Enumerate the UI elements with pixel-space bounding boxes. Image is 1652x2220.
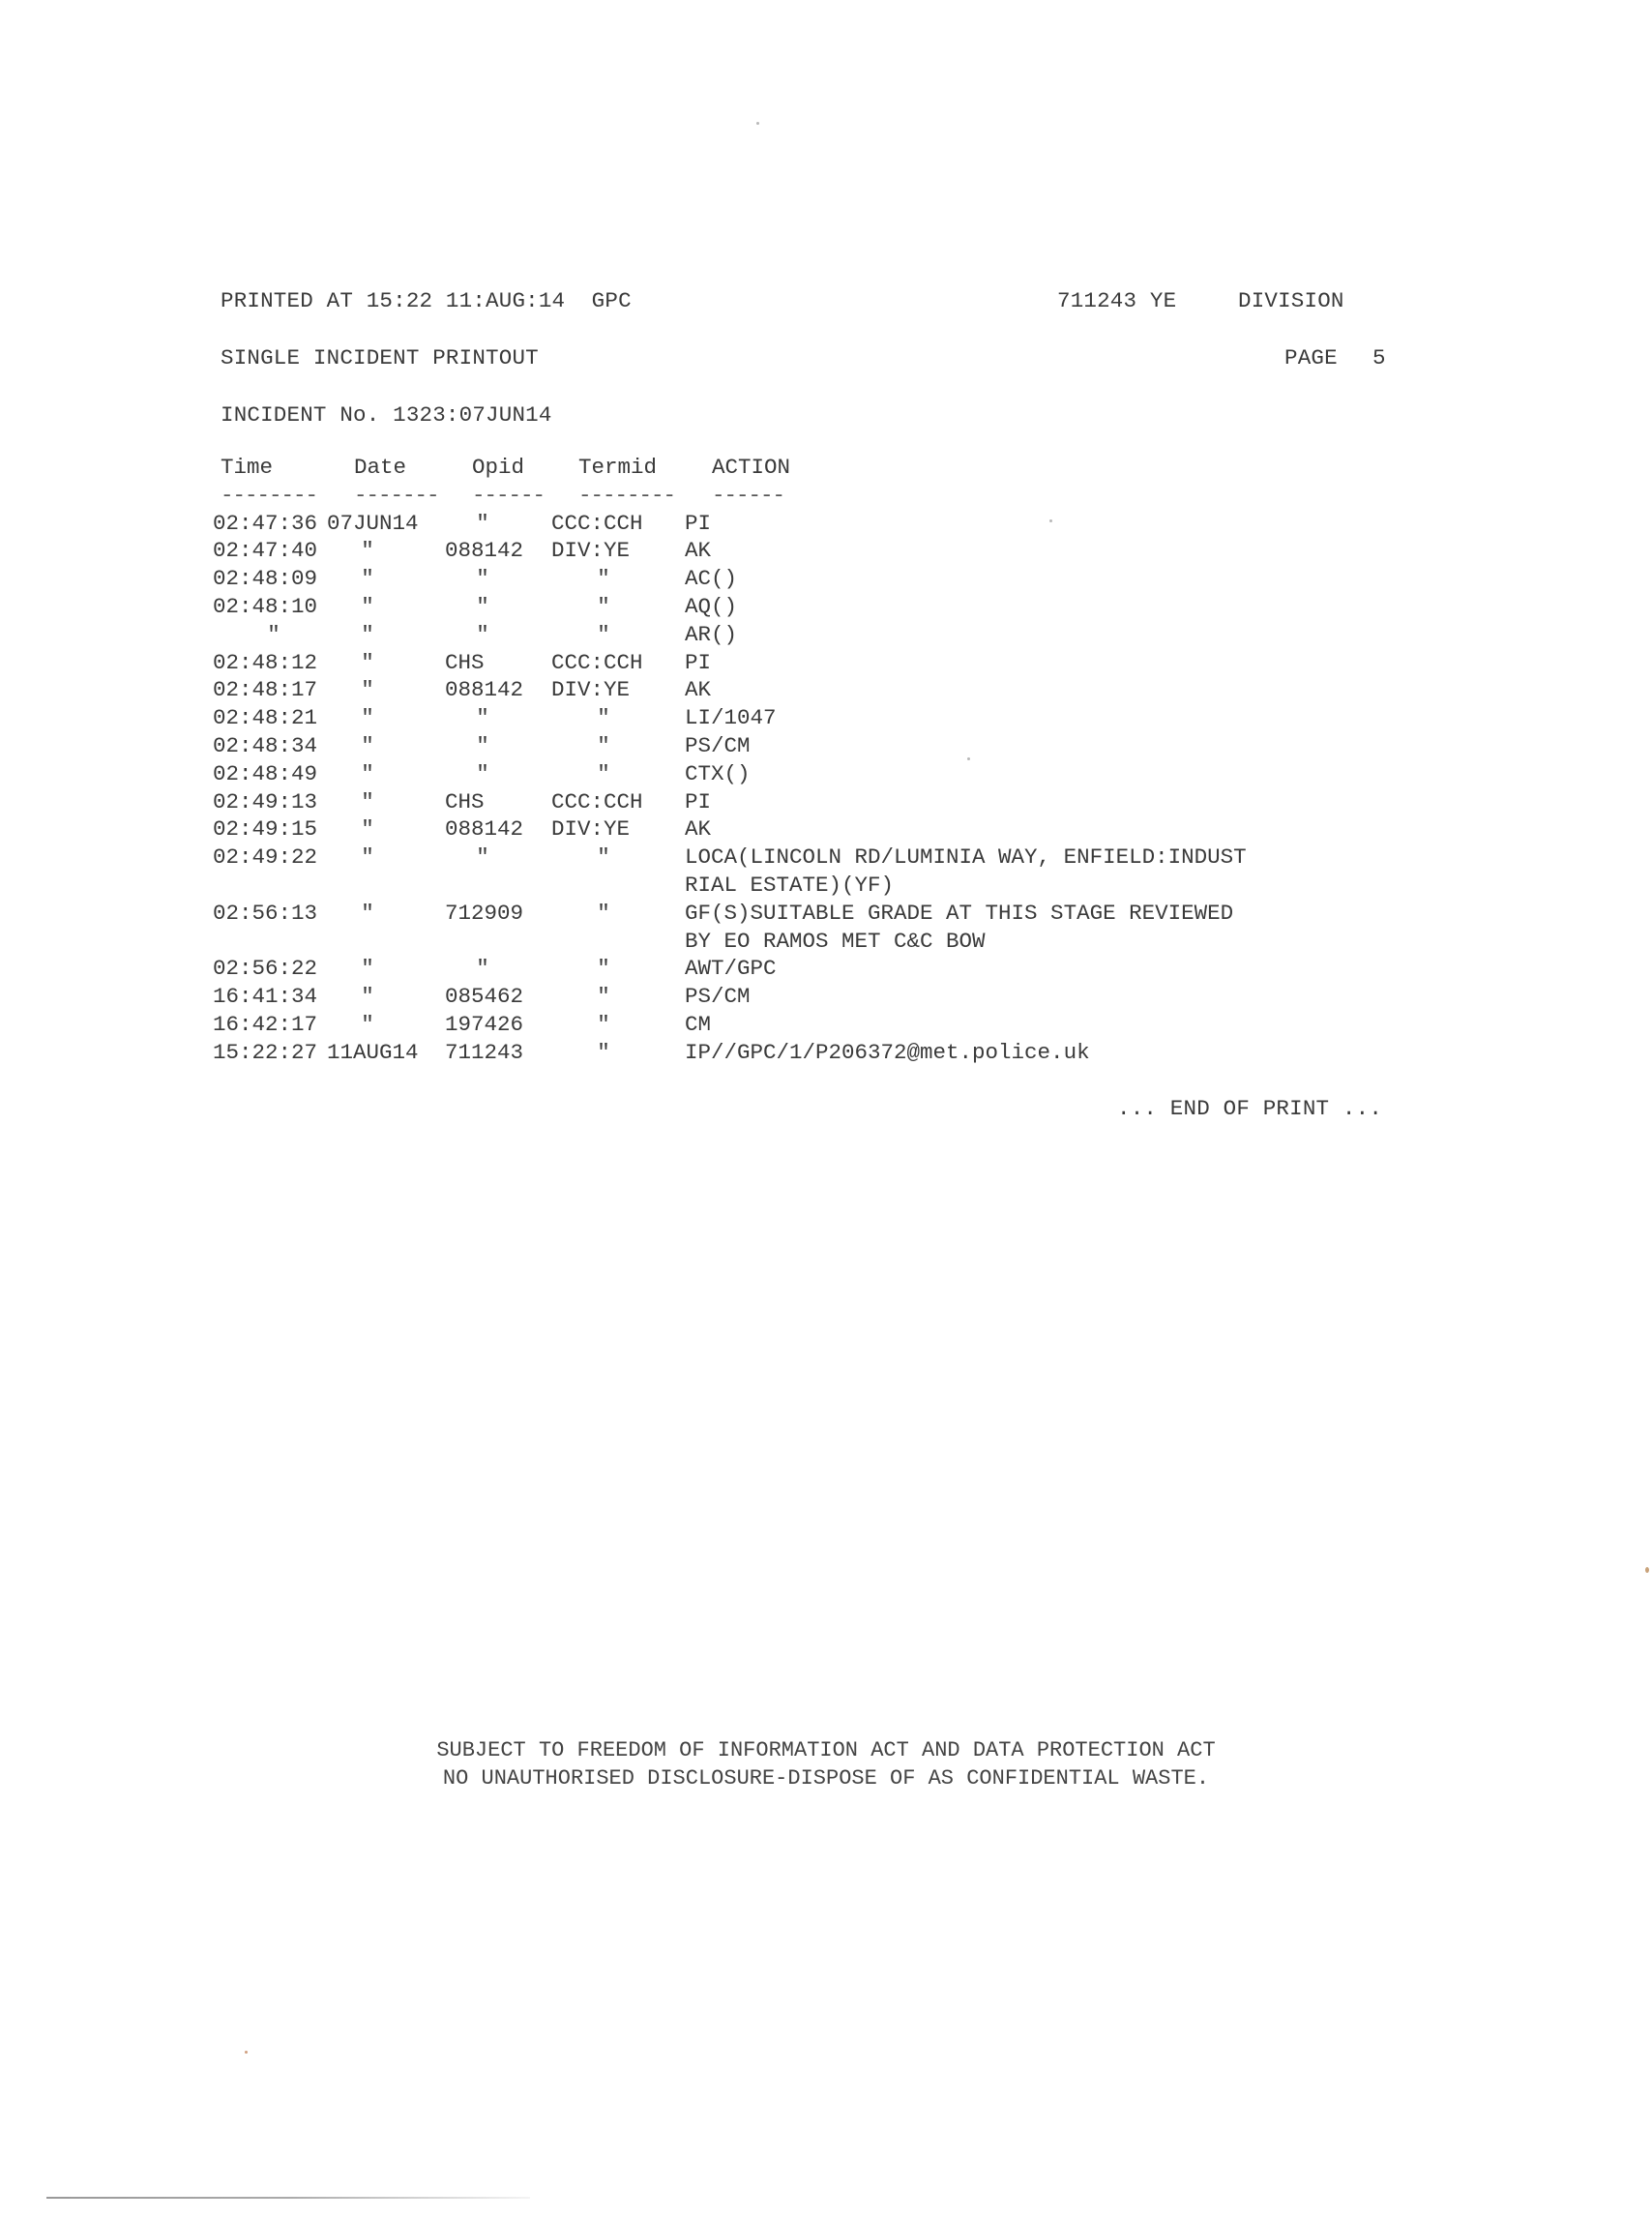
footer-notice-line1: SUBJECT TO FREEDOM OF INFORMATION ACT AN…	[0, 1738, 1652, 1762]
cell-action: PI	[685, 789, 711, 817]
table-row: 02:56:13"712909"GF(S)SUITABLE GRADE AT T…	[213, 901, 299, 957]
cell-opid: 712909	[445, 901, 523, 926]
cell-opid: 711243	[445, 1040, 523, 1065]
table-row: """"AR()	[213, 622, 299, 650]
page-number: 5	[1372, 345, 1386, 370]
cell-time: 16:42:17	[213, 1012, 317, 1037]
cell-time: 02:48:17	[213, 677, 317, 702]
cell-termid: CCC:CCH	[551, 650, 643, 675]
cell-action: LOCA(LINCOLN RD/LUMINIA WAY, ENFIELD:IND…	[685, 844, 1247, 901]
table-row: 15:22:2711AUG14711243"IP//GPC/1/P206372@…	[213, 1040, 299, 1068]
cell-opid: "	[437, 705, 528, 730]
division-code: 711243 YE	[1057, 288, 1176, 313]
cell-time: 02:47:40	[213, 538, 317, 563]
cell-opid: "	[437, 844, 528, 870]
cell-date: "	[315, 733, 420, 758]
cell-action: IP//GPC/1/P206372@met.police.uk	[685, 1040, 1090, 1068]
cell-date: "	[315, 705, 420, 730]
table-header: Time Date Opid Termid ACTION	[221, 455, 299, 483]
table-row: 02:49:13"CHSCCC:CCHPI	[213, 789, 299, 817]
incident-log-table: Time Date Opid Termid ACTION -------- --…	[213, 455, 299, 1068]
cell-action: AQ()	[685, 594, 737, 622]
cell-date: 07JUN14	[327, 511, 419, 536]
scan-speck	[245, 2051, 248, 2054]
incident-number: INCIDENT No. 1323:07JUN14	[221, 402, 552, 428]
cell-action: PS/CM	[685, 984, 751, 1012]
cell-termid: CCC:CCH	[551, 511, 643, 536]
table-row: 02:48:09"""AC()	[213, 566, 299, 594]
cell-termid: "	[544, 844, 664, 870]
cell-termid: "	[544, 1040, 664, 1065]
cell-time: 02:47:36	[213, 511, 317, 536]
cell-opid: 085462	[445, 984, 523, 1009]
cell-opid: "	[437, 566, 528, 591]
cell-time: 02:49:22	[213, 844, 317, 870]
cell-date: 11AUG14	[327, 1040, 419, 1065]
table-row: 16:42:17"197426"CM	[213, 1012, 299, 1040]
cell-termid: "	[544, 594, 664, 619]
cell-opid: "	[437, 956, 528, 981]
table-row: 02:48:12"CHSCCC:CCHPI	[213, 650, 299, 678]
cell-time: 16:41:34	[213, 984, 317, 1009]
cell-date: "	[315, 1012, 420, 1037]
cell-date: "	[315, 956, 420, 981]
table-separator: -------- ------- ------ -------- ------	[221, 483, 299, 511]
cell-termid: DIV:YE	[551, 538, 630, 563]
cell-opid: CHS	[445, 650, 485, 675]
cell-opid: "	[437, 733, 528, 758]
cell-date: "	[315, 650, 420, 675]
cell-date: "	[315, 594, 420, 619]
cell-action: AK	[685, 816, 711, 844]
table-row: 16:41:34"085462"PS/CM	[213, 984, 299, 1012]
footer-notice-line2: NO UNAUTHORISED DISCLOSURE-DISPOSE OF AS…	[0, 1766, 1652, 1791]
cell-termid: "	[544, 705, 664, 730]
cell-action: LI/1047	[685, 705, 777, 733]
cell-opid: "	[437, 511, 528, 536]
cell-date: "	[315, 901, 420, 926]
table-body: 02:47:3607JUN14"CCC:CCHPI02:47:40"088142…	[213, 511, 299, 1068]
cell-time: 15:22:27	[213, 1040, 317, 1065]
cell-time: 02:48:09	[213, 566, 317, 591]
page-label: PAGE	[1284, 345, 1338, 370]
printed-at: PRINTED AT 15:22 11:AUG:14 GPC	[221, 288, 632, 313]
cell-date: "	[315, 761, 420, 786]
document-title: SINGLE INCIDENT PRINTOUT	[221, 345, 539, 370]
cell-termid: "	[544, 622, 664, 647]
table-row: 02:47:40"088142DIV:YEAK	[213, 538, 299, 566]
cell-termid: "	[544, 984, 664, 1009]
col-header-date: Date	[354, 455, 406, 480]
cell-time: 02:48:10	[213, 594, 317, 619]
cell-date: "	[315, 816, 420, 842]
cell-opid: CHS	[445, 789, 485, 814]
cell-termid: "	[544, 566, 664, 591]
cell-action: PS/CM	[685, 733, 751, 761]
scan-speck	[967, 757, 970, 760]
cell-date: "	[315, 622, 420, 647]
cell-time: 02:49:13	[213, 789, 317, 814]
cell-action: AK	[685, 538, 711, 566]
col-header-action: ACTION	[712, 455, 790, 480]
cell-opid: 197426	[445, 1012, 523, 1037]
cell-time: 02:48:12	[213, 650, 317, 675]
cell-action: AK	[685, 677, 711, 705]
cell-time: 02:48:21	[213, 705, 317, 730]
cell-opid: 088142	[445, 538, 523, 563]
cell-action: CTX()	[685, 761, 751, 789]
cell-date: "	[315, 844, 420, 870]
cell-termid: "	[544, 901, 664, 926]
cell-opid: 088142	[445, 677, 523, 702]
table-row: 02:49:15"088142DIV:YEAK	[213, 816, 299, 844]
cell-date: "	[315, 789, 420, 814]
division-label: DIVISION	[1238, 288, 1344, 313]
cell-termid: DIV:YE	[551, 816, 630, 842]
cell-termid: "	[544, 761, 664, 786]
end-of-print: ... END OF PRINT ...	[1117, 1096, 1382, 1121]
cell-time: 02:56:22	[213, 956, 317, 981]
cell-date: "	[315, 538, 420, 563]
scan-speck	[756, 122, 759, 125]
cell-action: PI	[685, 511, 711, 539]
col-header-time: Time	[221, 455, 273, 480]
table-row: 02:47:3607JUN14"CCC:CCHPI	[213, 511, 299, 539]
cell-date: "	[315, 677, 420, 702]
cell-action: PI	[685, 650, 711, 678]
table-row: 02:48:49"""CTX()	[213, 761, 299, 789]
cell-time: 02:48:49	[213, 761, 317, 786]
cell-termid: "	[544, 956, 664, 981]
table-row: 02:48:17"088142DIV:YEAK	[213, 677, 299, 705]
table-row: 02:48:34"""PS/CM	[213, 733, 299, 761]
cell-action: AC()	[685, 566, 737, 594]
cell-time: 02:48:34	[213, 733, 317, 758]
cell-termid: CCC:CCH	[551, 789, 643, 814]
cell-opid: "	[437, 761, 528, 786]
cell-opid: "	[437, 622, 528, 647]
table-row: 02:56:22"""AWT/GPC	[213, 956, 299, 984]
cell-action: GF(S)SUITABLE GRADE AT THIS STAGE REVIEW…	[685, 901, 1233, 957]
cell-termid: DIV:YE	[551, 677, 630, 702]
cell-action: CM	[685, 1012, 711, 1040]
cell-action: AWT/GPC	[685, 956, 777, 984]
table-row: 02:48:10"""AQ()	[213, 594, 299, 622]
scan-speck	[1049, 519, 1052, 522]
cell-termid: "	[544, 733, 664, 758]
cell-opid: "	[437, 594, 528, 619]
table-row: 02:49:22"""LOCA(LINCOLN RD/LUMINIA WAY, …	[213, 844, 299, 901]
cell-action: AR()	[685, 622, 737, 650]
table-row: 02:48:21"""LI/1047	[213, 705, 299, 733]
col-header-termid: Termid	[578, 455, 657, 480]
cell-date: "	[315, 984, 420, 1009]
col-header-opid: Opid	[472, 455, 524, 480]
cell-time: 02:56:13	[213, 901, 317, 926]
scan-speck	[1645, 1567, 1649, 1573]
scan-edge-artifact	[46, 2197, 530, 2199]
cell-opid: 088142	[445, 816, 523, 842]
cell-termid: "	[544, 1012, 664, 1037]
cell-time: 02:49:15	[213, 816, 317, 842]
cell-date: "	[315, 566, 420, 591]
